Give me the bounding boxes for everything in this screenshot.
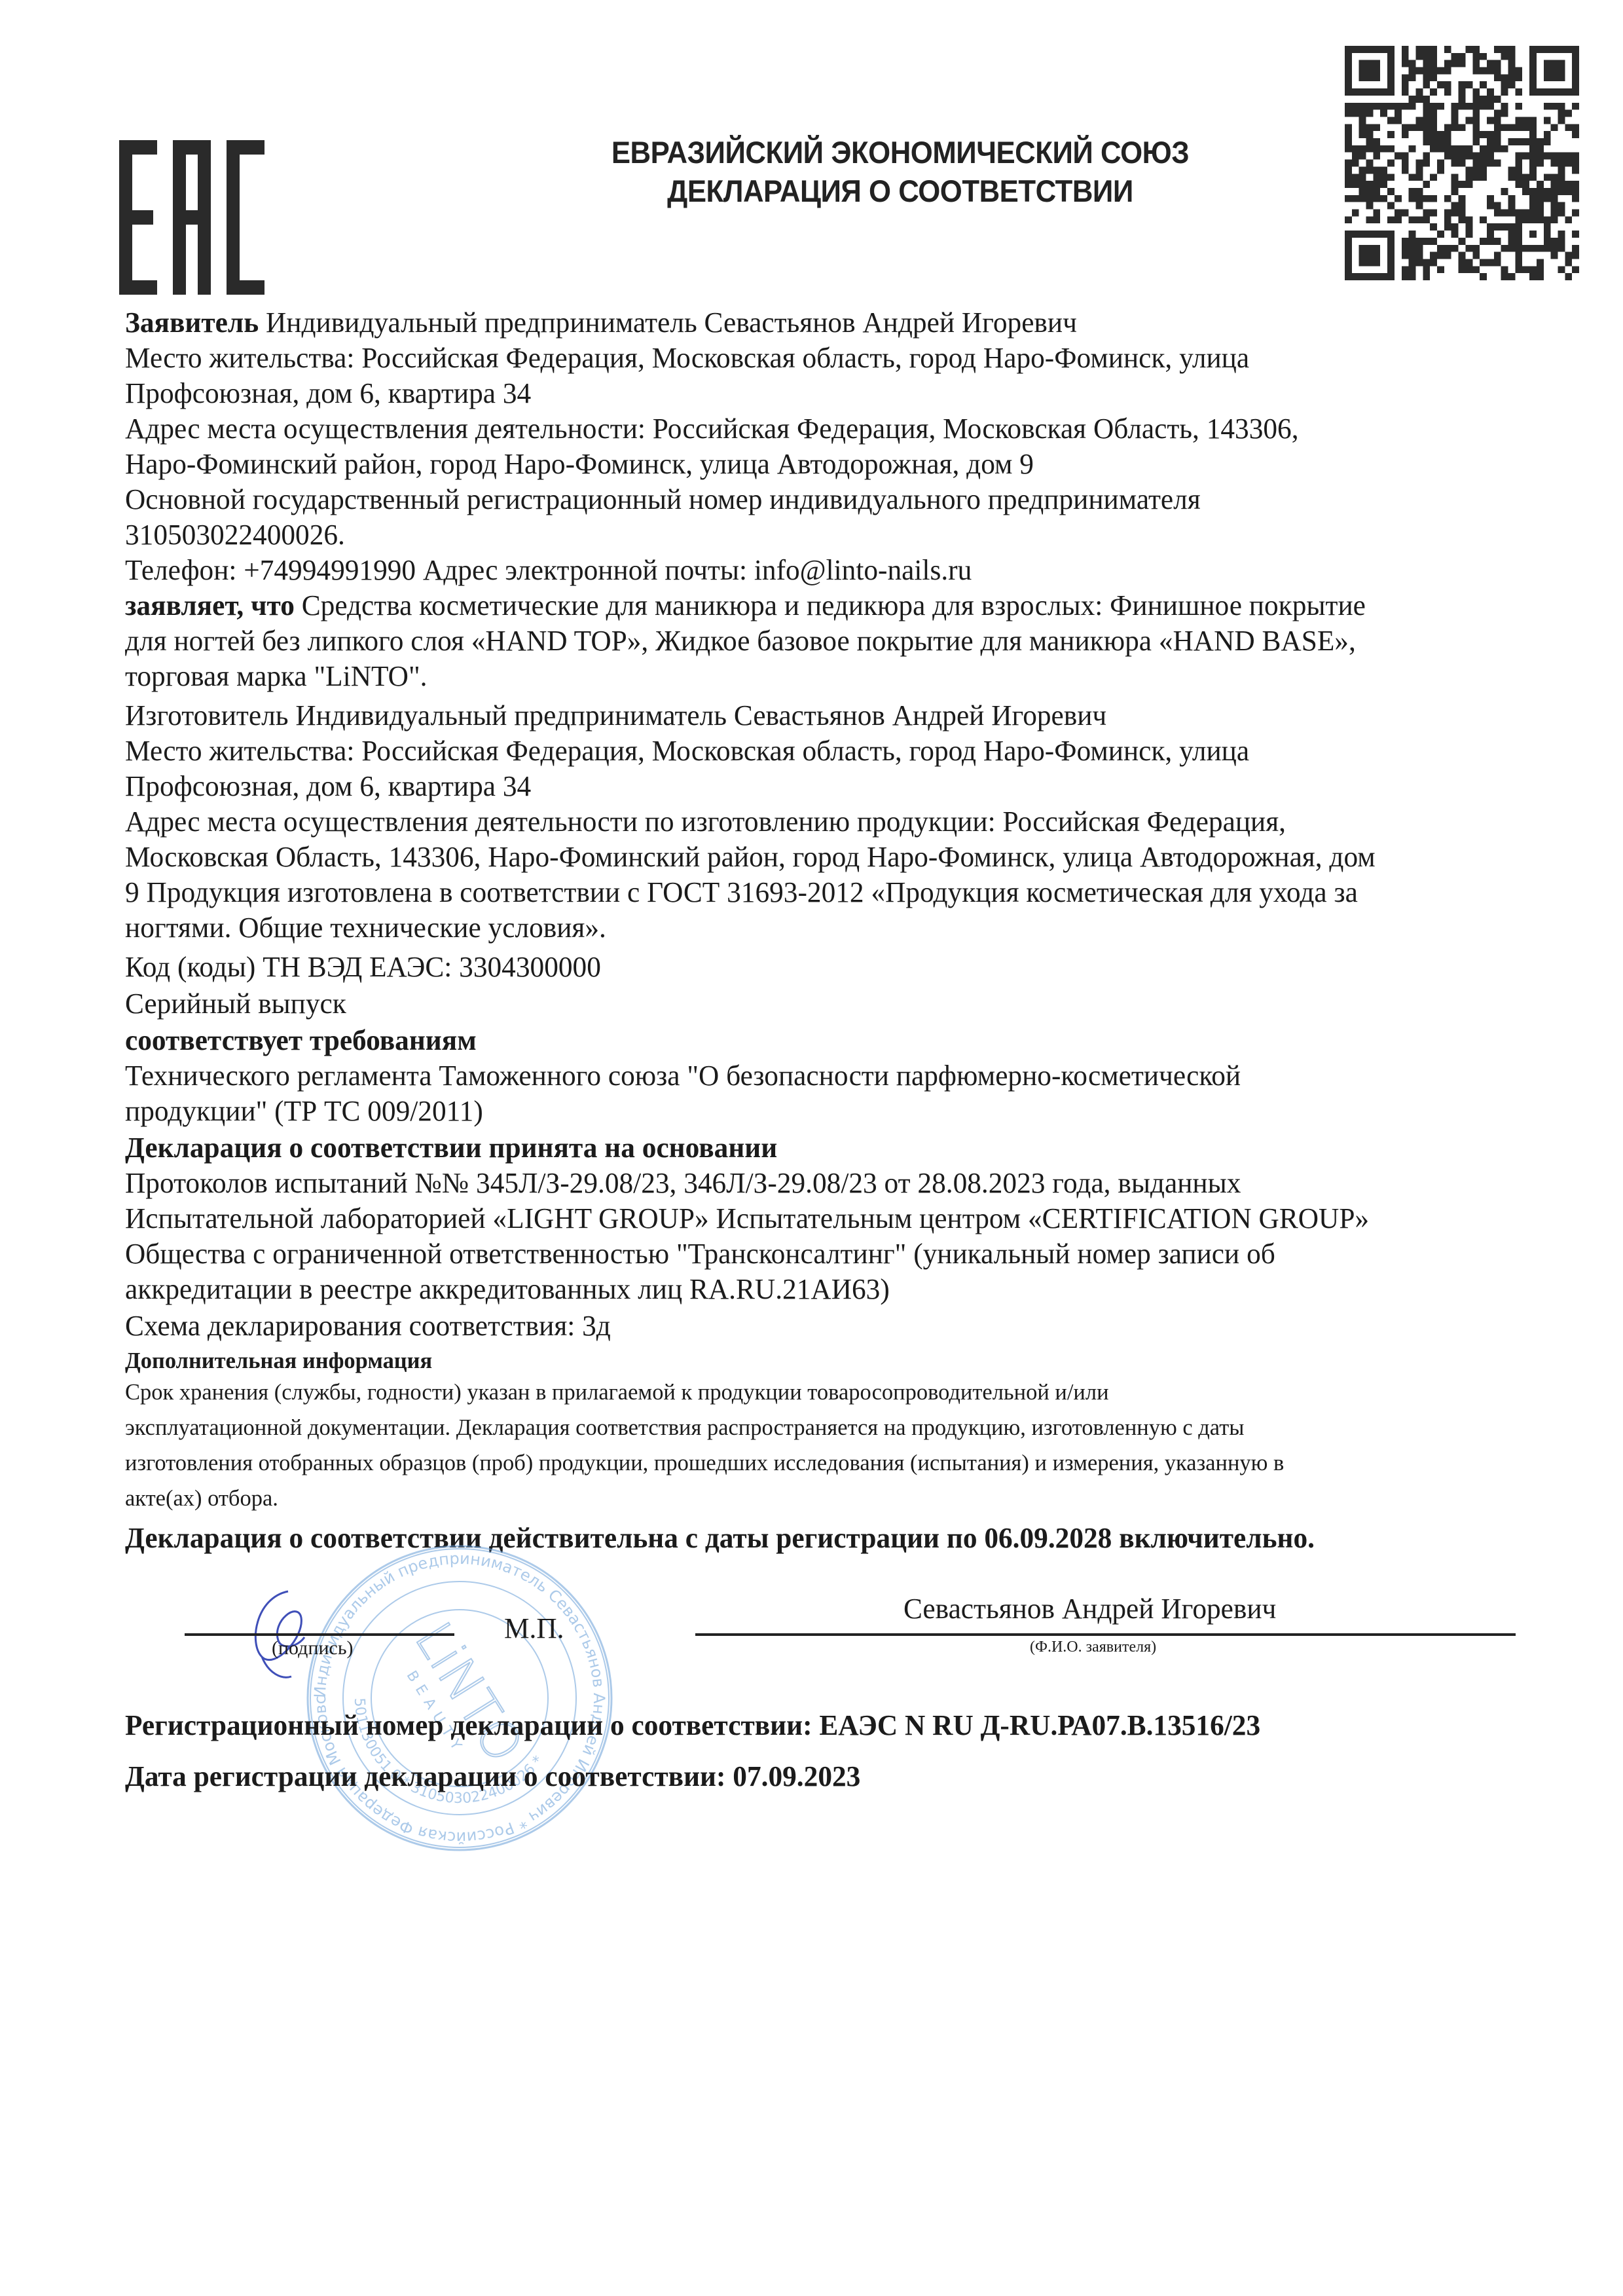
basis-text-3: Общества с ограниченной ответственностью… <box>125 1236 1275 1272</box>
declares-label: заявляет, что <box>125 589 295 621</box>
eac-logo-icon <box>119 140 264 295</box>
applicant-name: Индивидуальный предприниматель Севастьян… <box>259 306 1077 339</box>
release-type: Серийный выпуск <box>125 986 346 1022</box>
qr-code-icon[interactable] <box>1345 46 1579 280</box>
manufacturer-residence-1: Место жительства: Российская Федерация, … <box>125 733 1249 769</box>
seal-label: М.П. <box>504 1611 564 1646</box>
applicant-ogrnip-2: 310503022400026. <box>125 517 345 553</box>
declaration-scheme: Схема декларирования соответствия: 3д <box>125 1308 611 1344</box>
conformity-label: соответствует требованиям <box>125 1023 477 1058</box>
basis-text-1: Протоколов испытаний №№ 345Л/З-29.08/23,… <box>125 1166 1241 1201</box>
hs-code: Код (коды) ТН ВЭД ЕАЭС: 3304300000 <box>125 950 601 985</box>
manufacturer-production-1: Адрес места осуществления деятельности п… <box>125 804 1286 840</box>
manufacturer-production-2: Московская Область, 143306, Наро-Фоминск… <box>125 840 1376 875</box>
additional-text-4: акте(ах) отбора. <box>125 1484 278 1513</box>
declares-line-2: для ногтей без липкого слоя «HAND TOP», … <box>125 623 1356 659</box>
applicant-contacts: Телефон: +74994991990 Адрес электронной … <box>125 553 972 588</box>
basis-text-2: Испытательной лабораторией «LIGHT GROUP»… <box>125 1201 1369 1236</box>
additional-text-3: изготовления отобранных образцов (проб) … <box>125 1449 1284 1477</box>
additional-label: Дополнительная информация <box>125 1346 432 1375</box>
registration-date: Дата регистрации декларации о соответств… <box>125 1759 860 1794</box>
declares-text-1: Средства косметические для маникюра и пе… <box>295 589 1366 621</box>
applicant-label: Заявитель <box>125 306 259 339</box>
signature-line <box>185 1633 454 1636</box>
signature-caption: (подпись) <box>272 1637 354 1659</box>
document-title: ДЕКЛАРАЦИЯ О СООТВЕТСТВИИ <box>526 173 1275 209</box>
manufacturer-name: Изготовитель Индивидуальный предпринимат… <box>125 698 1106 733</box>
seal-stamp-icon: Индивидуальный предприниматель Севастьян… <box>302 1541 617 1855</box>
applicant-ogrnip-1: Основной государственный регистрационный… <box>125 482 1201 517</box>
additional-text-2: эксплуатационной документации. Деклараци… <box>125 1413 1244 1442</box>
applicant-line: Заявитель Индивидуальный предприниматель… <box>125 305 1077 341</box>
name-line <box>695 1633 1516 1636</box>
conformity-text-1: Технического регламента Таможенного союз… <box>125 1058 1241 1094</box>
conformity-text-2: продукции" (ТР ТС 009/2011) <box>125 1094 483 1129</box>
manufacturer-residence-2: Профсоюзная, дом 6, квартира 34 <box>125 769 531 804</box>
signer-name: Севастьянов Андрей Игоревич <box>903 1591 1276 1627</box>
basis-text-4: аккредитации в реестре аккредитованных л… <box>125 1272 890 1307</box>
applicant-residence-1: Место жительства: Российская Федерация, … <box>125 341 1249 376</box>
additional-text-1: Срок хранения (службы, годности) указан … <box>125 1378 1109 1407</box>
union-title: ЕВРАЗИЙСКИЙ ЭКОНОМИЧЕСКИЙ СОЮЗ <box>526 134 1275 170</box>
declares-line-1: заявляет, что Средства косметические для… <box>125 588 1366 623</box>
basis-label: Декларация о соответствии принята на осн… <box>125 1130 777 1166</box>
applicant-residence-2: Профсоюзная, дом 6, квартира 34 <box>125 376 531 411</box>
applicant-activity-2: Наро-Фоминский район, город Наро-Фоминск… <box>125 447 1034 482</box>
applicant-activity-1: Адрес места осуществления деятельности: … <box>125 411 1299 447</box>
declares-line-3: торговая марка "LiNTO". <box>125 659 428 694</box>
manufacturer-production-3: 9 Продукция изготовлена в соответствии с… <box>125 875 1358 910</box>
manufacturer-production-4: ногтями. Общие технические условия». <box>125 910 606 946</box>
registration-number: Регистрационный номер декларации о соотв… <box>125 1708 1260 1743</box>
signer-caption: (Ф.И.О. заявителя) <box>1030 1639 1156 1656</box>
